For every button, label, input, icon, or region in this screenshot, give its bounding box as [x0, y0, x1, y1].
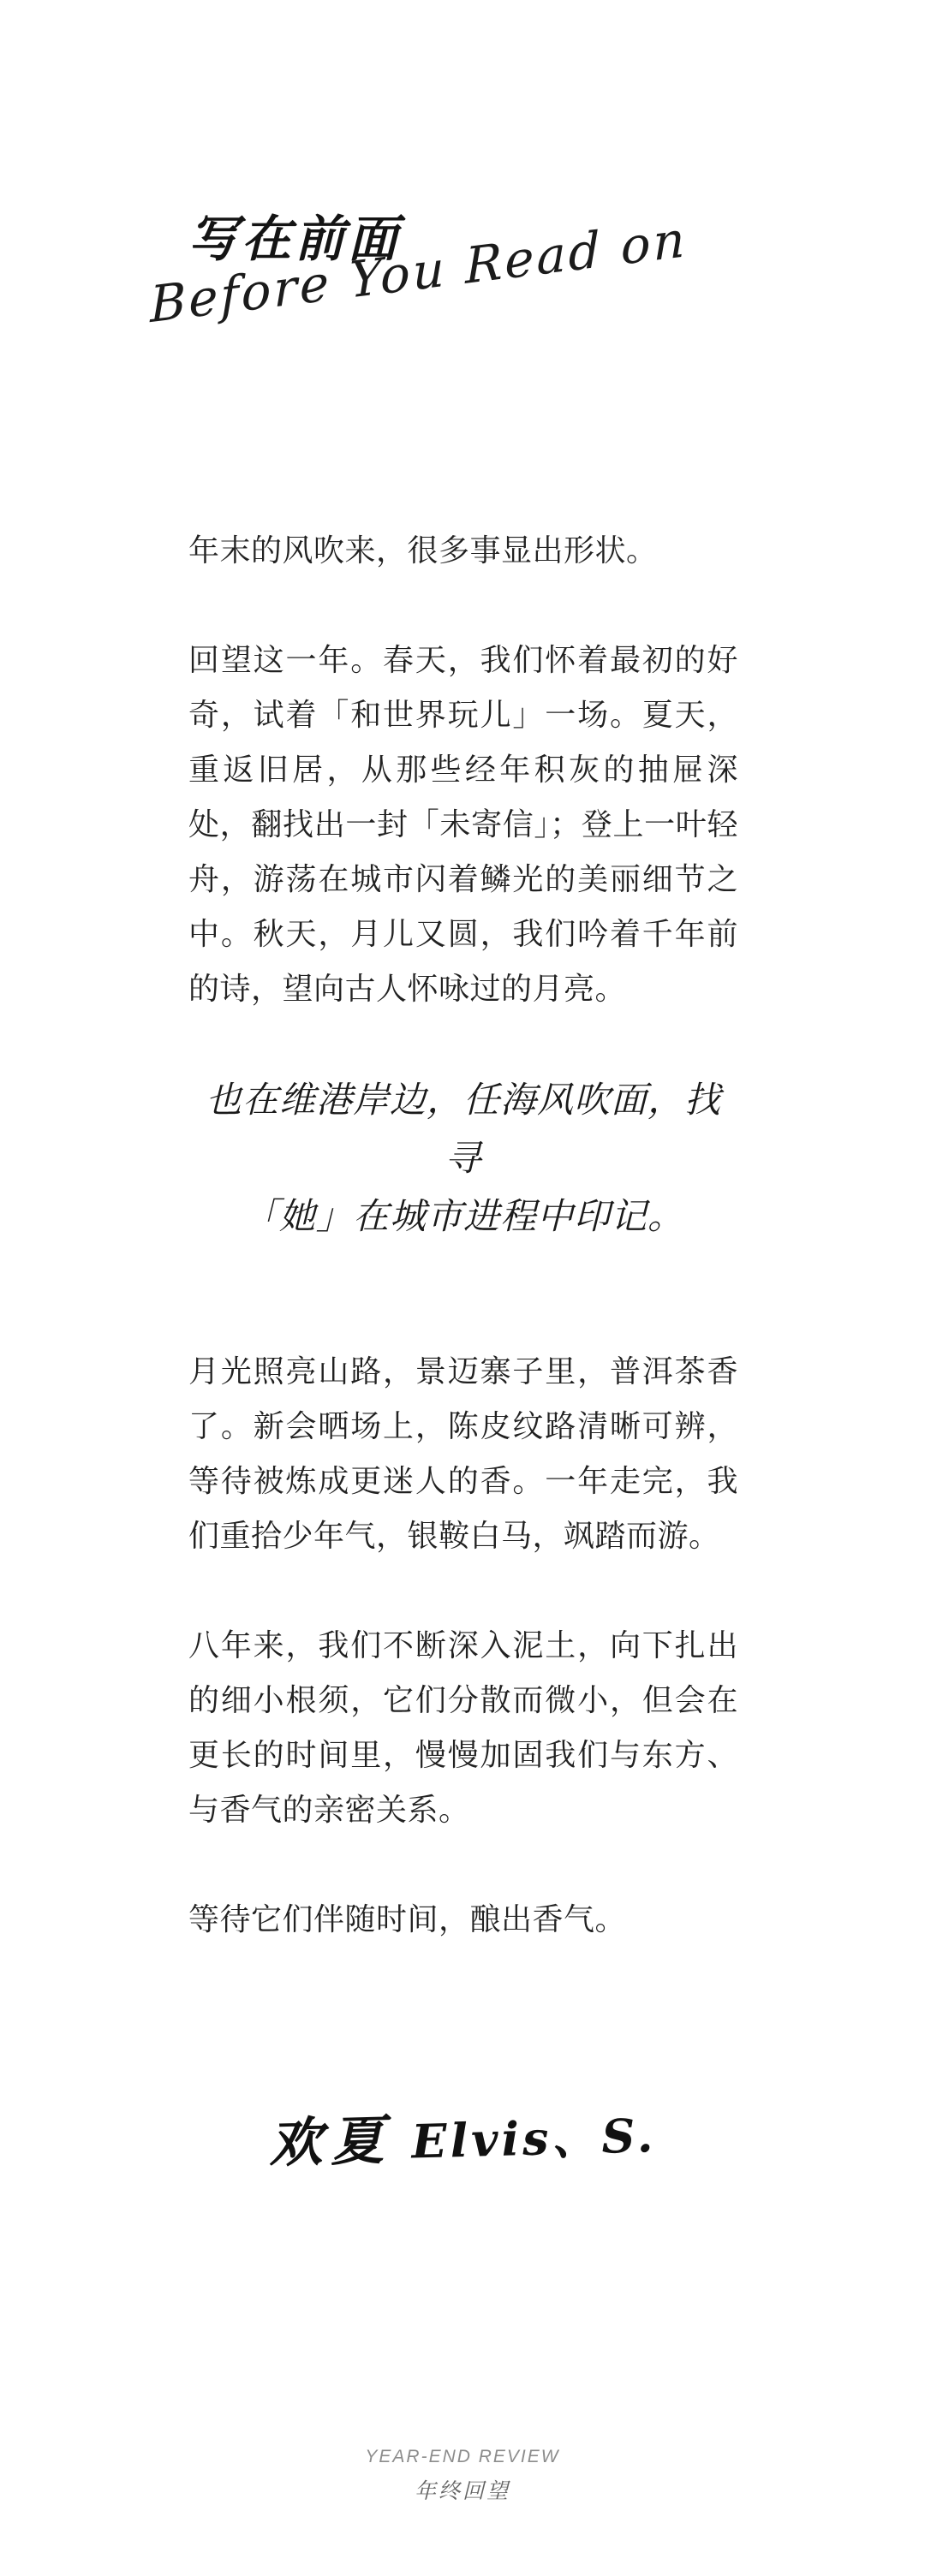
article-body: 年末的风吹来，很多事显出形状。 回望这一年。春天，我们怀着最初的好奇，试着「和世…: [188, 523, 738, 2002]
paragraph-5: 等待它们伴随时间，酿出香气。: [188, 1892, 738, 1947]
footer-english-label: YEAR-END REVIEW: [0, 2447, 925, 2467]
paragraph-3: 月光照亮山路，景迈寨子里，普洱茶香了。新会晒场上，陈皮纹路清晰可辨，等待被炼成更…: [188, 1344, 738, 1563]
paragraph-4: 八年来，我们不断深入泥土，向下扎出的细小根须，它们分散而微小，但会在更长的时间里…: [188, 1618, 738, 1837]
handwritten-signature: 欢夏 Elvis、S.: [0, 2084, 925, 2184]
paragraph-2: 回望这一年。春天，我们怀着最初的好奇，试着「和世界玩儿」一场。夏天，重返旧居，从…: [188, 633, 738, 1016]
signature-chinese: 欢夏: [268, 2111, 393, 2174]
emphasis-line-2: 「她」在城市进程中印记。: [188, 1187, 738, 1246]
emphasis-block: 也在维港岸边，任海风吹面，找寻 「她」在城市进程中印记。: [188, 1071, 738, 1246]
signature-english: Elvis、S.: [411, 2108, 657, 2168]
footer-chinese-label: 年终回望: [0, 2474, 925, 2505]
emphasis-line-1: 也在维港岸边，任海风吹面，找寻: [188, 1071, 738, 1187]
paragraph-1: 年末的风吹来，很多事显出形状。: [188, 523, 738, 578]
page-footer: YEAR-END REVIEW 年终回望: [0, 2447, 925, 2505]
letter-page: 写在前面 Before You Read on 年末的风吹来，很多事显出形状。 …: [0, 0, 925, 2576]
